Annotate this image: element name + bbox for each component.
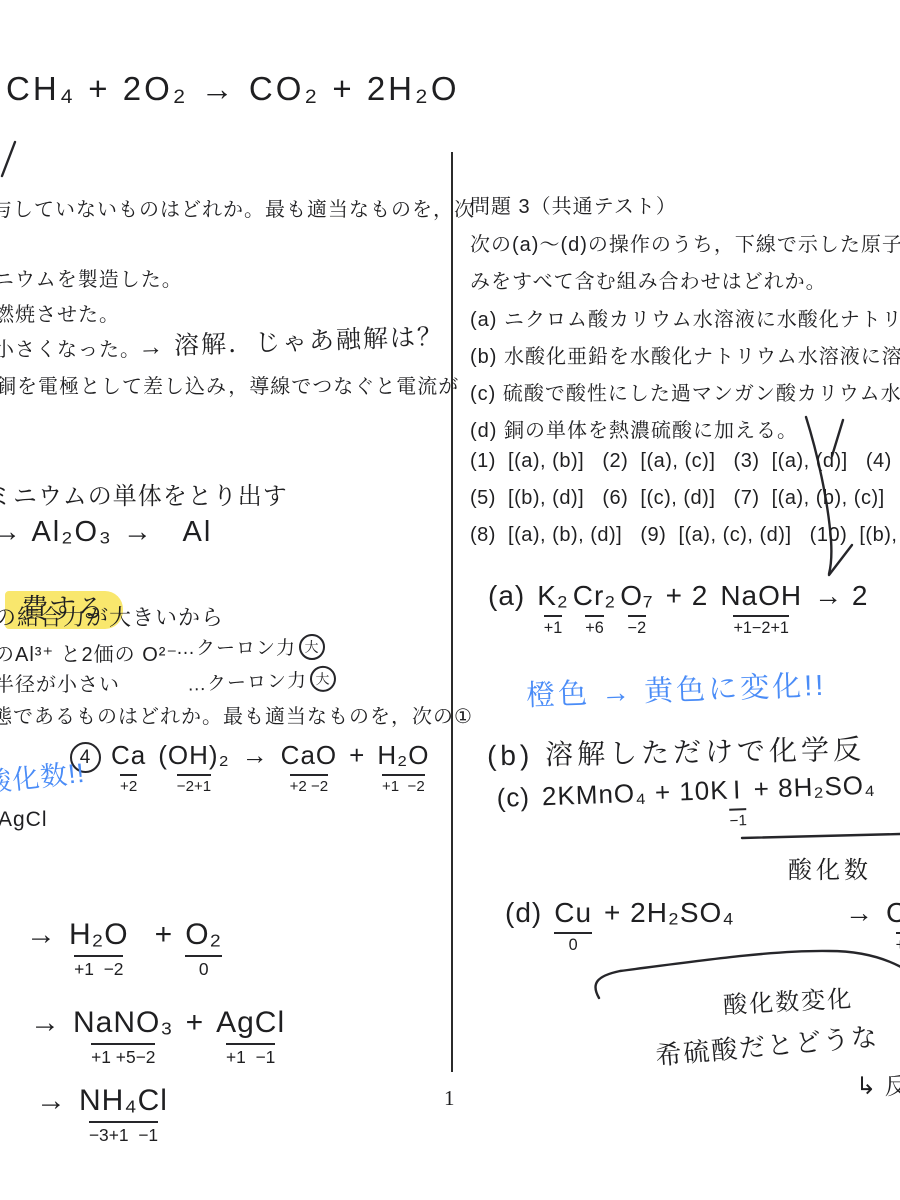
page-number: 1 xyxy=(444,1086,455,1111)
printed-line: 与していないものはどれか。最も適当なものを，次 xyxy=(0,193,475,222)
notes-page: { "page": { "number": "1" }, "colors": {… xyxy=(0,0,900,1200)
printed-line: ニウムを製造した。 xyxy=(0,263,183,292)
circled-dai: 大 xyxy=(310,665,337,692)
hw-equation-h2o-o2: → H₂O+1 −2 + O₂0 xyxy=(26,918,234,980)
oxidation-number: +1 −1 xyxy=(226,1043,275,1068)
hw-note-extract-aluminium: ミニウムの単体をとり出す xyxy=(0,476,288,511)
plus-coefficient: + 2 xyxy=(666,580,709,612)
formula-token: O₇−2 xyxy=(620,580,653,638)
formula-token: AgCl+1 −1 xyxy=(216,1006,285,1068)
printed-line: みをすべて含む組み合わせはどれか。 xyxy=(470,265,827,294)
formula-text: 2KMnO₄ + 10K xyxy=(541,775,729,812)
formula-token: H₂O+1 −2 xyxy=(69,918,129,980)
list-item-b: (b) 水酸化亜鉛を水酸化ナトリウム水溶液に溶解 xyxy=(470,340,900,369)
formula-token: Cu+2 xyxy=(886,897,900,955)
c-equation-underline xyxy=(742,834,900,838)
list-item-a: (a) ニクロム酸カリウム水溶液に水酸化ナトリウム xyxy=(470,303,900,332)
hw-equation-dichromate: (a) K₂+1 Cr₂+6 O₇−2 + 2 NaOH+1−2+1 → 2 xyxy=(488,580,880,638)
oxidation-number: +1 xyxy=(544,615,563,638)
hw-equation-caoh2: 4 Ca+2 (OH)₂−2+1 → CaO+2 −2 + H₂O+1 −2 xyxy=(70,740,441,795)
oxidation-number: +1 −2 xyxy=(382,774,425,795)
hw-aluminium-equation: → Al₂O₃ → Al xyxy=(0,516,212,549)
coulomb-label: …クーロン力 xyxy=(176,633,296,660)
arrow-coefficient: → 2 xyxy=(814,580,868,612)
plus-sign: + xyxy=(155,918,174,952)
arrow: → xyxy=(36,1084,67,1118)
hw-note-oxnum-change: 酸化数変化 xyxy=(722,979,854,1021)
item-label: (a) xyxy=(488,580,525,612)
problem-title: 問題 3（共通テスト） xyxy=(470,190,677,219)
oxidation-number: 0 xyxy=(185,955,222,980)
formula-token: K₂+1 xyxy=(537,580,569,638)
list-item-d: (d) 銅の単体を熱濃硫酸に加える。 xyxy=(470,414,798,443)
hw-equation-permanganate: (c) 2KMnO₄ + 10K I−1 + 8H₂SO₄ xyxy=(496,769,889,838)
hw-equation-nh4cl: → NH₄Cl−3+1 −1 xyxy=(36,1084,180,1146)
formula-token: Cu0 xyxy=(554,897,592,955)
hw-note-bond-strength: の結合力が大きいから xyxy=(0,601,224,632)
formula-token: Ca+2 xyxy=(111,740,146,795)
hw-note-color-change: 橙色 → 黄色に変化!! xyxy=(525,663,826,714)
formula-token: CaO+2 −2 xyxy=(281,740,337,795)
oxidation-number: −2+1 xyxy=(177,774,211,795)
hw-note-coulomb-2: …クーロン力 大 xyxy=(187,664,337,696)
formula-text: + 8H₂SO₄ xyxy=(753,770,876,805)
circled-dai: 大 xyxy=(299,634,325,660)
printed-line: 銅を電極として差し込み，導線でつなぐと電流が xyxy=(0,370,459,399)
arrow: → xyxy=(242,740,269,771)
answer-options-row: (1) [(a), (b)] (2) [(a), (c)] (3) [(a), … xyxy=(470,450,900,473)
formula-token: (OH)₂−2+1 xyxy=(158,740,229,795)
hw-note-b-dissolve-only: (b) 溶解しただけで化学反 xyxy=(487,728,866,775)
arrow: → xyxy=(845,897,874,929)
printed-line: 小さくなった。 xyxy=(0,333,141,362)
printed-line: 燃焼させた。 xyxy=(0,298,120,327)
hw-note-dissolve: → 溶解．じゃあ融解は？ xyxy=(137,317,444,364)
arrow: → xyxy=(26,918,57,952)
hw-note-dilute-acid: 希硫酸だとどうな xyxy=(654,1016,880,1072)
oxidation-number: +1 −2 xyxy=(74,955,123,980)
printed-agcl: AgCl xyxy=(0,808,48,832)
oxidation-number: −3+1 −1 xyxy=(89,1121,158,1146)
formula-token: NaNO₃+1 +5−2 xyxy=(73,1006,174,1068)
formula-token: NH₄Cl−3+1 −1 xyxy=(79,1084,168,1146)
hw-equation-copper-product: → Cu+2 xyxy=(845,897,900,955)
hw-note-oxidation-number-right: 酸化数 xyxy=(788,850,872,885)
hw-note-radius: 半径が小さい xyxy=(0,668,120,697)
oxidation-number: +2 −2 xyxy=(290,774,329,795)
oxidation-number: +2 xyxy=(120,774,137,795)
hw-note-coulomb-1: …クーロン力 大 xyxy=(176,633,325,660)
plus-sign: + xyxy=(349,740,365,771)
printed-line: 次の(a)～(d)の操作のうち，下線で示した原子の酸 xyxy=(470,228,900,257)
hw-equation-nano3-agcl: → NaNO₃+1 +5−2 + AgCl+1 −1 xyxy=(30,1006,297,1068)
plus-sign: + xyxy=(186,1006,205,1040)
list-item-c: (c) 硫酸で酸性にした過マンガン酸カリウム水溶 xyxy=(470,377,900,406)
hw-note-ions: のAl³⁺ と2価の O²⁻ xyxy=(0,638,178,667)
answer-options-row: (5) [(b), (d)] (6) [(c), (d)] (7) [(a), … xyxy=(470,487,885,510)
oxidation-number: −2 xyxy=(628,615,647,638)
oxidation-number: +1−2+1 xyxy=(733,615,789,638)
slash-stroke xyxy=(2,142,15,176)
formula-token: NaOH+1−2+1 xyxy=(720,580,802,638)
item-label: (d) xyxy=(505,897,542,929)
oxidation-number: −1 xyxy=(729,808,747,830)
hw-note-reaction-cont: ↳ 反 xyxy=(856,1066,900,1101)
item-label: (c) xyxy=(496,782,530,814)
arrow: → xyxy=(30,1006,61,1040)
printed-line: 態であるものはどれか。最も適当なものを，次の① xyxy=(0,700,473,729)
formula-text: + 2H₂SO₄ xyxy=(604,897,735,929)
column-divider xyxy=(451,152,453,1072)
formula-token: O₂0 xyxy=(185,918,222,980)
hw-equation-copper: (d) Cu0 + 2H₂SO₄ xyxy=(505,897,747,955)
oxidation-number: +2 xyxy=(896,932,900,955)
answer-options-row: (8) [(a), (b), (d)] (9) [(a), (c), (d)] … xyxy=(470,524,900,547)
formula-token: Cr₂+6 xyxy=(573,580,616,638)
formula-token: H₂O+1 −2 xyxy=(377,740,429,795)
oxidation-number: +6 xyxy=(585,615,604,638)
coulomb-label: …クーロン力 xyxy=(187,665,308,696)
oxidation-number: +1 +5−2 xyxy=(91,1043,155,1068)
oxidation-number: 0 xyxy=(554,932,592,955)
formula-token: I−1 xyxy=(728,774,747,830)
arrow-head xyxy=(829,545,852,575)
hw-combustion-equation: CH₄ + 2O₂ → CO₂ + 2H₂O xyxy=(6,70,460,108)
